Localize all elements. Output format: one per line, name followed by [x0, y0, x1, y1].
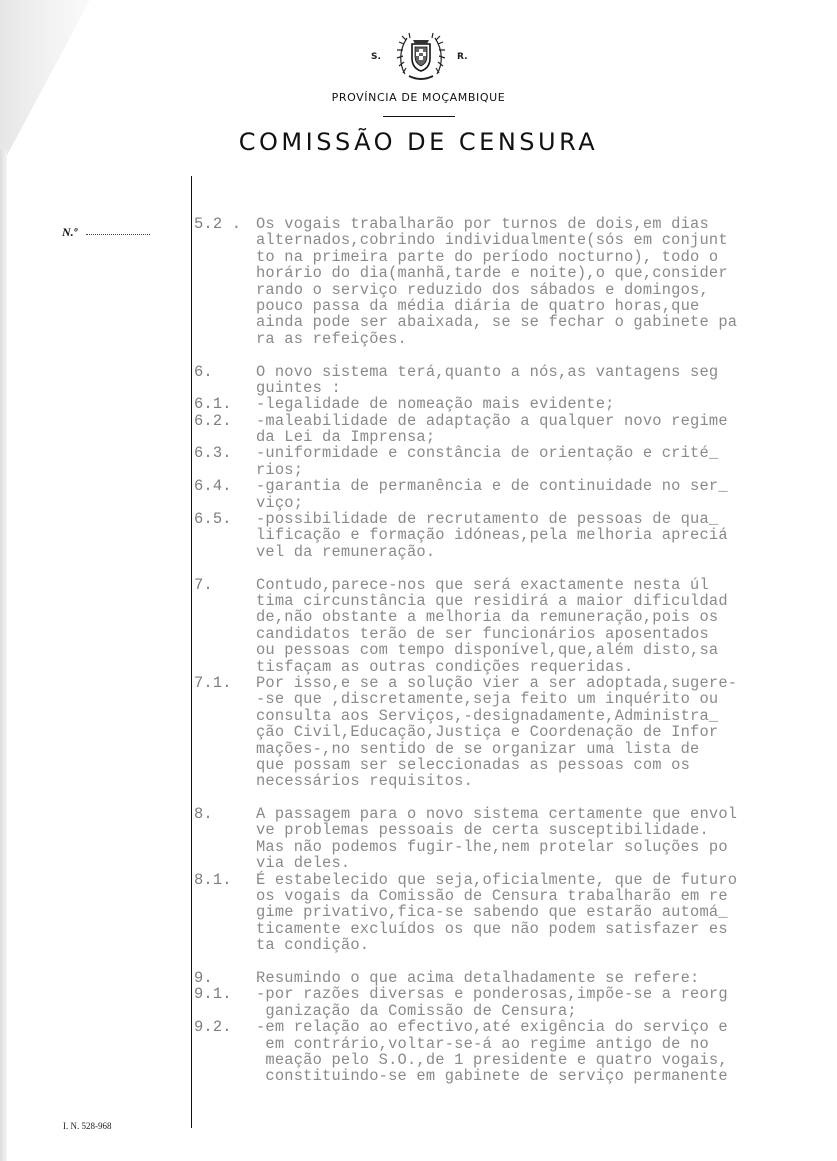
paragraph-9-2: 9.2.-em relação ao efectivo,até exigênci…: [194, 1019, 794, 1085]
paragraph-number: [194, 708, 256, 724]
paragraph-text: constituindo-se em gabinete de serviço p…: [256, 1068, 794, 1084]
paragraph-text: Por isso,e se a solução vier a ser adopt…: [256, 675, 794, 691]
paragraph-text: lificação e formação idóneas,pela melhor…: [256, 527, 794, 543]
paragraph-number: [194, 495, 256, 511]
paragraph-text: rios;: [256, 462, 794, 478]
paragraph-text: ta condição.: [256, 937, 794, 953]
initial-s: S.: [371, 52, 381, 62]
paragraph-number: 5.2 .: [194, 216, 256, 232]
paragraph-number: [194, 1003, 256, 1019]
paragraph-6-1: 6.1.-legalidade de nomeação mais evident…: [194, 396, 794, 412]
text-line: tima circunstância que residirá a maior …: [194, 593, 794, 609]
text-line: consulta aos Serviços,-designadamente,Ad…: [194, 708, 794, 724]
paragraph-6-2: 6.2.-maleabilidade de adaptação a qualqu…: [194, 413, 794, 446]
paragraph-number: 9.2.: [194, 1019, 256, 1035]
paragraph-text: vel da remuneração.: [256, 544, 794, 560]
paragraph-text: -uniformidade e constância de orientação…: [256, 445, 794, 461]
header-divider: [383, 116, 455, 117]
paragraph-text: -por razões diversas e ponderosas,impõe-…: [256, 986, 794, 1002]
text-line: 6.2.-maleabilidade de adaptação a qualqu…: [194, 413, 794, 429]
paragraph-number: [194, 249, 256, 265]
initial-r: R.: [457, 52, 468, 62]
text-line: ve problemas pessoais de certa susceptib…: [194, 822, 794, 838]
text-line: 6.1.-legalidade de nomeação mais evident…: [194, 396, 794, 412]
paragraph-number: [194, 314, 256, 330]
paragraph-number: [194, 888, 256, 904]
paragraph-text: Contudo,parece-nos que será exactamente …: [256, 577, 794, 593]
letterhead-crest-row: S. R.: [0, 30, 837, 82]
text-line: 8.A passagem para o novo sistema certame…: [194, 806, 794, 822]
text-line: 5.2 .Os vogais trabalharão por turnos de…: [194, 216, 794, 232]
paragraph-text: ra as refeições.: [256, 331, 794, 347]
text-line: 7.Contudo,parece-nos que será exactament…: [194, 577, 794, 593]
text-line: pouco passa da média diária de quatro ho…: [194, 298, 794, 314]
paragraph-text: ve problemas pessoais de certa susceptib…: [256, 822, 794, 838]
text-line: em contrário,voltar-se-á ao regime antig…: [194, 1036, 794, 1052]
text-line: lificação e formação idóneas,pela melhor…: [194, 527, 794, 543]
text-line: candidatos terão de ser funcionários apo…: [194, 626, 794, 642]
paragraph-text: É estabelecido que seja,oficialmente, qu…: [256, 872, 794, 888]
paragraph-number: 7.1.: [194, 675, 256, 691]
paragraph-text: -legalidade de nomeação mais evidente;: [256, 396, 794, 412]
paragraph-text: de,não obstante a melhoria da remuneraçã…: [256, 609, 794, 625]
text-line: ainda pode ser abaixada, se se fechar o …: [194, 314, 794, 330]
paragraph-number: 7.: [194, 577, 256, 593]
paragraph-number: 8.1.: [194, 872, 256, 888]
paragraph-6-3: 6.3.-uniformidade e constância de orient…: [194, 445, 794, 478]
paragraph-text: Resumindo o que acima detalhadamente se …: [256, 970, 794, 986]
paragraph-number: [194, 724, 256, 740]
paragraph-9-1: 9.1.-por razões diversas e ponderosas,im…: [194, 986, 794, 1019]
paragraph-6: 6.O novo sistema terá,quanto a nós,as va…: [194, 364, 794, 397]
text-line: mações-,no sentido de se organizar uma l…: [194, 741, 794, 757]
paragraph-number: [194, 462, 256, 478]
paragraph-text: guintes :: [256, 380, 794, 396]
paragraph-text: via deles.: [256, 855, 794, 871]
paragraph-number: 9.1.: [194, 986, 256, 1002]
text-line: da Lei da Imprensa;: [194, 429, 794, 445]
text-line: ou pessoas com tempo disponível,que,além…: [194, 642, 794, 658]
paragraph-text: mações-,no sentido de se organizar uma l…: [256, 741, 794, 757]
paragraph-text: gime privativo,fica-se sabendo que estar…: [256, 904, 794, 920]
paragraph-number: 6.2.: [194, 413, 256, 429]
text-line: 6.4.-garantia de permanência e de contin…: [194, 478, 794, 494]
paragraph-7-1: 7.1.Por isso,e se a solução vier a ser a…: [194, 675, 794, 790]
paragraph-number: [194, 691, 256, 707]
paragraph-7: 7.Contudo,parece-nos que será exactament…: [194, 577, 794, 675]
paragraph-text: -garantia de permanência e de continuida…: [256, 478, 794, 494]
margin-rule: [191, 176, 192, 1128]
paragraph-text: -em relação ao efectivo,até exigência do…: [256, 1019, 794, 1035]
paragraph-number: [194, 904, 256, 920]
text-line: 9.2.-em relação ao efectivo,até exigênci…: [194, 1019, 794, 1035]
paragraph-number: [194, 380, 256, 396]
text-line: tisfaçam as outras condições requeridas.: [194, 659, 794, 675]
text-line: viço;: [194, 495, 794, 511]
paragraph-text: em contrário,voltar-se-á ao regime antig…: [256, 1036, 794, 1052]
paragraph-text: tisfaçam as outras condições requeridas.: [256, 659, 794, 675]
text-line: de,não obstante a melhoria da remuneraçã…: [194, 609, 794, 625]
paragraph-number: [194, 593, 256, 609]
paragraph-number: [194, 282, 256, 298]
text-line: constituindo-se em gabinete de serviço p…: [194, 1068, 794, 1084]
text-line: ção Civil,Educação,Justiça e Coordenação…: [194, 724, 794, 740]
province-name: PROVÍNCIA DE MOÇAMBIQUE: [0, 91, 837, 104]
paragraph-number: [194, 839, 256, 855]
text-line: meação pelo S.O.,de 1 presidente e quatr…: [194, 1052, 794, 1068]
paragraph-number: [194, 527, 256, 543]
paragraph-text: horário do dia(manhã,tarde e noite),o qu…: [256, 265, 794, 281]
paragraph-number: [194, 642, 256, 658]
text-line: que possam ser seleccionadas as pessoas …: [194, 757, 794, 773]
paragraph-number: [194, 659, 256, 675]
text-line: via deles.: [194, 855, 794, 871]
paragraph-number: [194, 773, 256, 789]
text-line: alternados,cobrindo individualmente(sós …: [194, 232, 794, 248]
paragraph-9: 9.Resumindo o que acima detalhadamente s…: [194, 970, 794, 986]
paragraph-number: [194, 609, 256, 625]
paragraph-text: candidatos terão de ser funcionários apo…: [256, 626, 794, 642]
paragraph-text: tima circunstância que residirá a maior …: [256, 593, 794, 609]
paragraph-number: 6.3.: [194, 445, 256, 461]
paragraph-number: [194, 822, 256, 838]
text-line: 9.1.-por razões diversas e ponderosas,im…: [194, 986, 794, 1002]
text-line: rando o serviço reduzido dos sábados e d…: [194, 282, 794, 298]
paragraph-text: que possam ser seleccionadas as pessoas …: [256, 757, 794, 773]
paragraph-text: ainda pode ser abaixada, se se fechar o …: [256, 314, 794, 330]
text-line: ganização da Comissão de Censura;: [194, 1003, 794, 1019]
paragraph-5-2: 5.2 .Os vogais trabalharão por turnos de…: [194, 216, 794, 347]
text-line: 6.5.-possibilidade de recrutamento de pe…: [194, 511, 794, 527]
paragraph-number: [194, 298, 256, 314]
paragraph-text: -possibilidade de recrutamento de pessoa…: [256, 511, 794, 527]
paragraph-6-4: 6.4.-garantia de permanência e de contin…: [194, 478, 794, 511]
paragraph-number: [194, 626, 256, 642]
paragraph-text: Os vogais trabalharão por turnos de dois…: [256, 216, 794, 232]
document-number-field: [86, 224, 150, 235]
paragraph-text: -maleabilidade de adaptação a qualquer n…: [256, 413, 794, 429]
text-line: Mas não podemos fugir-lhe,nem protelar s…: [194, 839, 794, 855]
paragraph-number: [194, 757, 256, 773]
text-line: necessários requisitos.: [194, 773, 794, 789]
paragraph-text: A passagem para o novo sistema certament…: [256, 806, 794, 822]
paragraph-number: [194, 232, 256, 248]
paragraph-text: pouco passa da média diária de quatro ho…: [256, 298, 794, 314]
paragraph-text: ção Civil,Educação,Justiça e Coordenação…: [256, 724, 794, 740]
paragraph-text: to na primeira parte do período nocturno…: [256, 249, 794, 265]
paragraph-number: 8.: [194, 806, 256, 822]
paragraph-number: 6.5.: [194, 511, 256, 527]
paragraph-text: alternados,cobrindo individualmente(sós …: [256, 232, 794, 248]
paragraph-text: rando o serviço reduzido dos sábados e d…: [256, 282, 794, 298]
paragraph-text: Mas não podemos fugir-lhe,nem protelar s…: [256, 839, 794, 855]
text-line: ticamente excluídos os que não podem sat…: [194, 921, 794, 937]
text-line: guintes :: [194, 380, 794, 396]
text-line: 6.O novo sistema terá,quanto a nós,as va…: [194, 364, 794, 380]
form-code: I. N. 528-968: [63, 1121, 112, 1131]
text-line: 6.3.-uniformidade e constância de orient…: [194, 445, 794, 461]
paragraph-text: da Lei da Imprensa;: [256, 429, 794, 445]
paragraph-number: [194, 741, 256, 757]
paragraph-text: viço;: [256, 495, 794, 511]
paragraph-number: [194, 855, 256, 871]
paragraph-number: [194, 937, 256, 953]
document-number-label: N.º: [62, 225, 77, 240]
paragraph-text: meação pelo S.O.,de 1 presidente e quatr…: [256, 1052, 794, 1068]
paragraph-number: [194, 1052, 256, 1068]
paragraph-text: consulta aos Serviços,-designadamente,Ad…: [256, 708, 794, 724]
text-line: gime privativo,fica-se sabendo que estar…: [194, 904, 794, 920]
paragraph-8: 8.A passagem para o novo sistema certame…: [194, 806, 794, 872]
text-line: to na primeira parte do período nocturno…: [194, 249, 794, 265]
coat-of-arms-icon: [395, 30, 447, 82]
paragraph-text: necessários requisitos.: [256, 773, 794, 789]
paragraph-number: 6.1.: [194, 396, 256, 412]
paragraph-number: [194, 265, 256, 281]
paragraph-number: 6.: [194, 364, 256, 380]
text-line: -se que ,discretamente,seja feito um inq…: [194, 691, 794, 707]
text-line: horário do dia(manhã,tarde e noite),o qu…: [194, 265, 794, 281]
paragraph-number: [194, 1036, 256, 1052]
paragraph-text: ticamente excluídos os que não podem sat…: [256, 921, 794, 937]
paragraph-number: [194, 331, 256, 347]
paragraph-text: ganização da Comissão de Censura;: [256, 1003, 794, 1019]
document-body: 5.2 .Os vogais trabalharão por turnos de…: [194, 216, 794, 1085]
page-title: COMISSÃO DE CENSURA: [0, 128, 837, 156]
paragraph-8-1: 8.1.É estabelecido que seja,oficialmente…: [194, 872, 794, 954]
paragraph-number: [194, 429, 256, 445]
text-line: 8.1.É estabelecido que seja,oficialmente…: [194, 872, 794, 888]
paragraph-number: 9.: [194, 970, 256, 986]
paragraph-text: -se que ,discretamente,seja feito um inq…: [256, 691, 794, 707]
paragraph-number: [194, 1068, 256, 1084]
paragraph-number: [194, 544, 256, 560]
paragraph-number: [194, 921, 256, 937]
paragraph-text: os vogais da Comissão de Censura trabalh…: [256, 888, 794, 904]
text-line: 9.Resumindo o que acima detalhadamente s…: [194, 970, 794, 986]
text-line: vel da remuneração.: [194, 544, 794, 560]
text-line: 7.1.Por isso,e se a solução vier a ser a…: [194, 675, 794, 691]
text-line: rios;: [194, 462, 794, 478]
text-line: os vogais da Comissão de Censura trabalh…: [194, 888, 794, 904]
text-line: ta condição.: [194, 937, 794, 953]
paragraph-text: ou pessoas com tempo disponível,que,além…: [256, 642, 794, 658]
paragraph-6-5: 6.5.-possibilidade de recrutamento de pe…: [194, 511, 794, 560]
paragraph-text: O novo sistema terá,quanto a nós,as vant…: [256, 364, 794, 380]
page-edge-shadow: [0, 150, 7, 1161]
text-line: ra as refeições.: [194, 331, 794, 347]
paragraph-number: 6.4.: [194, 478, 256, 494]
